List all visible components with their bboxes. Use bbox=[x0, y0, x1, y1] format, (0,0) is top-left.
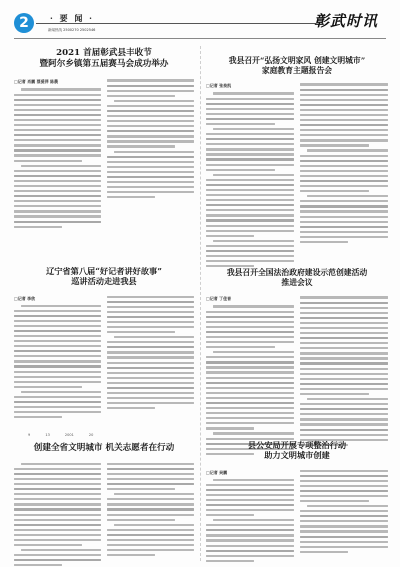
body-text-line bbox=[14, 381, 101, 383]
body-text-line bbox=[107, 176, 194, 178]
body-text-line bbox=[300, 307, 388, 309]
body-text-line bbox=[107, 356, 194, 358]
body-text-line bbox=[300, 378, 388, 380]
article-volunteers-in-action: 创建全省文明城市 机关志愿者在行动 bbox=[14, 443, 194, 567]
body-text-line bbox=[206, 524, 294, 526]
body-text-line bbox=[107, 554, 155, 556]
body-text-line bbox=[300, 515, 388, 517]
body-text-line bbox=[14, 350, 101, 352]
body-text-line bbox=[206, 560, 254, 562]
article-body: □记者 李欣 bbox=[14, 296, 194, 422]
body-text-line bbox=[300, 322, 388, 324]
body-text-line bbox=[300, 342, 388, 344]
body-text-line bbox=[206, 514, 254, 516]
body-text-line bbox=[300, 317, 388, 319]
body-text-line bbox=[14, 330, 101, 332]
body-text-line bbox=[206, 179, 294, 181]
body-text-line bbox=[206, 103, 294, 105]
body-text-line bbox=[213, 432, 294, 434]
body-text-line bbox=[14, 483, 101, 485]
body-text-line bbox=[107, 468, 194, 470]
text-column bbox=[107, 296, 194, 422]
body-text-line bbox=[300, 413, 388, 415]
article-rule-of-law-meeting: 我县召开全国法治政府建设示范创建活动 推进会议 □记者 丁佳音 bbox=[206, 268, 388, 458]
body-text-line bbox=[114, 493, 194, 495]
body-text-line bbox=[107, 387, 194, 389]
body-text-line bbox=[14, 154, 101, 156]
body-text-line bbox=[14, 325, 101, 327]
body-text-line bbox=[14, 534, 101, 536]
body-text-line bbox=[14, 401, 101, 403]
body-text-line bbox=[300, 490, 388, 492]
body-text-line bbox=[300, 134, 388, 136]
body-text-line bbox=[300, 352, 388, 354]
body-text-line bbox=[300, 129, 388, 131]
body-text-line bbox=[300, 144, 369, 146]
body-text-line bbox=[300, 114, 388, 116]
body-text-line bbox=[300, 429, 388, 431]
body-text-line bbox=[206, 489, 294, 491]
body-text-line bbox=[206, 366, 294, 368]
body-text-line bbox=[300, 347, 388, 349]
body-text-line bbox=[206, 331, 294, 333]
body-text-line bbox=[14, 376, 101, 378]
body-text-line bbox=[206, 392, 294, 394]
body-text-line bbox=[300, 94, 388, 96]
body-text-line bbox=[107, 498, 194, 500]
body-text-line bbox=[107, 79, 194, 81]
body-text-line bbox=[300, 221, 388, 223]
text-column bbox=[107, 463, 194, 567]
body-text-line bbox=[206, 529, 294, 531]
body-text-line bbox=[206, 250, 294, 252]
body-text-line bbox=[206, 123, 275, 125]
body-text-line bbox=[107, 463, 194, 465]
body-text-line bbox=[107, 306, 194, 308]
body-text-line bbox=[206, 509, 294, 511]
body-text-line bbox=[206, 316, 294, 318]
body-text-line bbox=[300, 139, 388, 141]
edition-info: 新闻热线 2500270 2502546 bbox=[48, 28, 95, 33]
body-text-line bbox=[107, 156, 194, 158]
body-text-line bbox=[107, 534, 194, 536]
body-text-line bbox=[14, 114, 101, 116]
body-text-line bbox=[213, 305, 294, 307]
body-text-line bbox=[300, 104, 388, 106]
body-text-line bbox=[14, 320, 101, 322]
body-text-line bbox=[206, 138, 294, 140]
body-text-line bbox=[107, 95, 175, 97]
body-text-line bbox=[14, 195, 101, 197]
body-text-line bbox=[14, 340, 101, 342]
body-text-line bbox=[107, 181, 194, 183]
body-text-line bbox=[107, 115, 194, 117]
article-byline: □记者 张泉凯 bbox=[206, 83, 294, 89]
body-text-line bbox=[14, 488, 101, 490]
body-text-line bbox=[300, 83, 388, 85]
body-text-line bbox=[14, 124, 101, 126]
body-text-line bbox=[206, 158, 294, 160]
body-text-line bbox=[107, 407, 155, 409]
body-text-line bbox=[107, 372, 194, 374]
body-text-line bbox=[213, 351, 294, 353]
body-text-line bbox=[300, 393, 369, 395]
body-text-line bbox=[307, 149, 388, 151]
body-text-line bbox=[14, 129, 101, 131]
body-text-line bbox=[300, 236, 388, 238]
masthead-logo: 彰武时讯 bbox=[314, 10, 378, 31]
body-text-line bbox=[300, 170, 388, 172]
body-text-line bbox=[14, 94, 101, 96]
body-text-line bbox=[206, 539, 294, 541]
body-text-line bbox=[300, 296, 388, 298]
body-text-line bbox=[14, 180, 101, 182]
body-text-line bbox=[300, 226, 388, 228]
body-text-line bbox=[300, 500, 369, 502]
body-text-line bbox=[107, 191, 194, 193]
body-text-line bbox=[206, 402, 294, 404]
body-text-line bbox=[206, 371, 294, 373]
body-text-line bbox=[300, 124, 388, 126]
body-text-line bbox=[107, 351, 194, 353]
body-text-line bbox=[300, 109, 388, 111]
body-text-line bbox=[206, 504, 294, 506]
body-text-line bbox=[14, 519, 101, 521]
body-text-line bbox=[14, 371, 101, 373]
text-column bbox=[300, 470, 388, 565]
article-headline: 辽宁省第八届“好记者讲好故事” 巡讲活动走进我县 bbox=[14, 266, 194, 287]
body-text-line bbox=[21, 391, 101, 393]
body-text-line bbox=[14, 99, 101, 101]
body-text-line bbox=[206, 209, 294, 211]
body-text-line bbox=[107, 85, 194, 87]
body-text-line bbox=[107, 301, 194, 303]
article-headline: 我县召开全国法治政府建设示范创建活动 推进会议 bbox=[206, 268, 388, 287]
body-text-line bbox=[213, 128, 294, 130]
body-text-line bbox=[14, 104, 101, 106]
body-text-line bbox=[300, 357, 388, 359]
body-text-line bbox=[14, 529, 101, 531]
body-text-line bbox=[14, 355, 101, 357]
article-headline: 我县召开“弘扬文明家风 创建文明城市” 家庭教育主题报告会 bbox=[206, 56, 388, 75]
body-text-line bbox=[206, 143, 294, 145]
headline-line: 助力文明城市创建 bbox=[206, 450, 388, 460]
body-text-line bbox=[21, 463, 101, 465]
body-text-line bbox=[14, 539, 101, 541]
body-text-line bbox=[107, 508, 194, 510]
body-text-line bbox=[114, 524, 194, 526]
body-text-line bbox=[107, 544, 194, 546]
body-text-line bbox=[14, 226, 62, 228]
headline-line: 暨阿尔乡镇第五届赛马会成功举办 bbox=[14, 59, 194, 70]
headline-line: 我县召开全国法治政府建设示范创建活动 bbox=[206, 268, 388, 278]
body-text-line bbox=[107, 514, 194, 516]
body-text-line bbox=[300, 175, 388, 177]
body-text-line bbox=[107, 166, 194, 168]
body-text-line bbox=[300, 89, 388, 91]
body-text-line bbox=[114, 100, 194, 102]
body-text-line bbox=[206, 412, 294, 414]
stray-text-fragment: 9 13 2001 20 bbox=[28, 433, 93, 437]
body-text-line bbox=[14, 139, 101, 141]
body-text-line bbox=[206, 407, 294, 409]
page-number-badge: 2 bbox=[14, 13, 34, 33]
article-byline: □记者 肖鹏 蔡爱萍 陈晨 bbox=[14, 79, 101, 85]
body-text-line bbox=[300, 332, 388, 334]
text-column bbox=[300, 83, 388, 270]
body-text-line bbox=[14, 416, 62, 418]
body-text-line bbox=[206, 108, 294, 110]
headline-line: 县公安局开展专项整治行动 bbox=[206, 440, 388, 450]
body-text-line bbox=[300, 388, 388, 390]
body-text-line bbox=[206, 356, 294, 358]
body-text-line bbox=[206, 245, 294, 247]
headline-line: 巡讲活动走进我县 bbox=[14, 276, 194, 286]
body-text-line bbox=[206, 225, 294, 227]
body-text-line bbox=[206, 194, 294, 196]
body-text-line bbox=[107, 402, 194, 404]
body-text-line bbox=[300, 373, 388, 375]
newspaper-page: 2 · 要 闻 · 新闻热线 2500270 2502546 彰武时讯 2021… bbox=[0, 0, 400, 567]
body-text-line bbox=[206, 484, 294, 486]
body-text-line bbox=[300, 510, 388, 512]
body-text-line bbox=[14, 134, 101, 136]
body-text-line bbox=[14, 473, 101, 475]
body-text-line bbox=[206, 361, 294, 363]
body-text-line bbox=[206, 184, 294, 186]
body-text-line bbox=[14, 144, 101, 146]
headline-line: 我县召开“弘扬文明家风 创建文明城市” bbox=[206, 56, 388, 66]
article-headline: 县公安局开展专项整治行动 助力文明城市创建 bbox=[206, 440, 388, 461]
body-text-line bbox=[206, 321, 294, 323]
body-text-line bbox=[14, 200, 101, 202]
text-column: □记者 肖鹏 蔡爱萍 陈晨 bbox=[14, 79, 101, 230]
body-text-line bbox=[206, 118, 294, 120]
body-text-line bbox=[206, 545, 294, 547]
body-text-line bbox=[14, 411, 101, 413]
headline-line: 创建全省文明城市 机关志愿者在行动 bbox=[14, 443, 194, 454]
body-text-line bbox=[300, 327, 388, 329]
body-text-line bbox=[300, 200, 388, 202]
body-text-line bbox=[206, 341, 294, 343]
body-text-line bbox=[14, 185, 101, 187]
body-text-line bbox=[21, 165, 101, 167]
body-text-line bbox=[307, 505, 388, 507]
body-text-line bbox=[300, 205, 388, 207]
body-text-line bbox=[107, 311, 194, 313]
body-text-line bbox=[107, 161, 194, 163]
body-text-line bbox=[206, 417, 294, 419]
body-text-line bbox=[14, 160, 82, 162]
body-text-line bbox=[300, 165, 388, 167]
body-text-line bbox=[14, 406, 101, 408]
body-text-line bbox=[114, 336, 194, 338]
body-text-line bbox=[14, 310, 101, 312]
headline-line: 家庭教育主题报告会 bbox=[206, 66, 388, 76]
article-body: □记者 丁佳音 bbox=[206, 296, 388, 457]
body-text-line bbox=[206, 98, 294, 100]
body-text-line bbox=[114, 151, 194, 153]
body-text-line bbox=[107, 549, 194, 551]
body-text-line bbox=[300, 434, 388, 436]
body-text-line bbox=[107, 478, 194, 480]
body-text-line bbox=[300, 368, 388, 370]
text-column bbox=[14, 463, 101, 567]
body-text-line bbox=[107, 392, 194, 394]
body-text-line bbox=[14, 215, 101, 217]
body-text-line bbox=[14, 221, 101, 223]
body-text-line bbox=[14, 170, 101, 172]
body-text-line bbox=[107, 503, 194, 505]
body-text-line bbox=[206, 311, 294, 313]
body-text-line bbox=[206, 235, 254, 237]
body-text-line bbox=[14, 478, 101, 480]
body-text-line bbox=[206, 153, 294, 155]
body-text-line bbox=[107, 473, 194, 475]
body-text-line bbox=[300, 185, 388, 187]
column-divider bbox=[200, 46, 201, 561]
article-body bbox=[14, 463, 194, 567]
body-text-line bbox=[206, 265, 254, 267]
body-text-line bbox=[300, 551, 348, 553]
body-text-line bbox=[107, 105, 194, 107]
body-text-line bbox=[300, 480, 388, 482]
article-police-rectification: 县公安局开展专项整治行动 助力文明城市创建 □记者 吴鹏 bbox=[206, 440, 388, 565]
body-text-line bbox=[206, 336, 294, 338]
body-text-line bbox=[107, 382, 194, 384]
body-text-line bbox=[107, 346, 194, 348]
body-text-line bbox=[107, 120, 194, 122]
page-header: 2 · 要 闻 · 新闻热线 2500270 2502546 彰武时讯 bbox=[0, 0, 400, 40]
body-text-line bbox=[14, 205, 101, 207]
body-text-line bbox=[206, 422, 294, 424]
body-text-line bbox=[206, 260, 294, 262]
body-text-line bbox=[206, 499, 294, 501]
body-text-line bbox=[206, 555, 294, 557]
body-text-line bbox=[14, 210, 101, 212]
headline-line: 2021 首届彰武县丰收节 bbox=[14, 48, 194, 59]
body-text-line bbox=[14, 119, 101, 121]
text-column bbox=[107, 79, 194, 230]
body-text-line bbox=[300, 180, 388, 182]
body-text-line bbox=[14, 564, 62, 566]
body-text-line bbox=[300, 408, 388, 410]
body-text-line bbox=[14, 544, 82, 546]
body-text-line bbox=[206, 189, 294, 191]
article-body: □记者 肖鹏 蔡爱萍 陈晨 bbox=[14, 79, 194, 230]
body-text-line bbox=[14, 514, 101, 516]
body-text-line bbox=[307, 195, 388, 197]
body-text-line bbox=[206, 427, 254, 429]
body-text-line bbox=[107, 488, 175, 490]
body-text-line bbox=[107, 529, 194, 531]
body-text-line bbox=[206, 199, 294, 201]
body-text-line bbox=[14, 559, 101, 561]
body-text-line bbox=[300, 546, 388, 548]
body-text-line bbox=[300, 418, 388, 420]
body-text-line bbox=[300, 190, 369, 192]
body-text-line bbox=[206, 214, 294, 216]
body-text-line bbox=[206, 346, 275, 348]
body-text-line bbox=[206, 397, 294, 399]
body-text-line bbox=[14, 149, 101, 151]
body-text-line bbox=[206, 230, 294, 232]
body-text-line bbox=[300, 119, 388, 121]
headline-line: 推进会议 bbox=[206, 278, 388, 288]
body-text-line bbox=[107, 362, 194, 364]
article-headline: 2021 首届彰武县丰收节 暨阿尔乡镇第五届赛马会成功举办 bbox=[14, 48, 194, 69]
body-text-line bbox=[107, 296, 194, 298]
body-text-line bbox=[213, 479, 294, 481]
body-text-line bbox=[213, 519, 294, 521]
text-column bbox=[300, 296, 388, 457]
body-text-line bbox=[300, 99, 388, 101]
body-text-line bbox=[300, 241, 348, 243]
section-title: · 要 闻 · bbox=[50, 13, 94, 24]
text-column: □记者 李欣 bbox=[14, 296, 101, 422]
body-text-line bbox=[107, 397, 194, 399]
body-text-line bbox=[14, 498, 101, 500]
body-text-line bbox=[107, 196, 155, 198]
body-text-line bbox=[206, 326, 294, 328]
body-text-line bbox=[300, 485, 388, 487]
body-text-line bbox=[206, 534, 294, 536]
body-text-line bbox=[107, 539, 194, 541]
body-text-line bbox=[206, 382, 294, 384]
body-text-line bbox=[300, 541, 388, 543]
body-text-line bbox=[206, 133, 294, 135]
headline-line: 辽宁省第八届“好记者讲好故事” bbox=[14, 266, 194, 276]
body-text-line bbox=[21, 88, 101, 90]
body-text-line bbox=[206, 204, 294, 206]
body-text-line bbox=[14, 175, 101, 177]
body-text-line bbox=[213, 92, 294, 94]
body-text-line bbox=[300, 362, 388, 364]
body-text-line bbox=[206, 164, 294, 166]
article-headline: 创建全省文明城市 机关志愿者在行动 bbox=[14, 443, 194, 454]
text-column: □记者 丁佳音 bbox=[206, 296, 294, 457]
body-text-line bbox=[14, 360, 101, 362]
body-text-line bbox=[206, 219, 294, 221]
body-text-line bbox=[206, 148, 294, 150]
body-text-line bbox=[107, 367, 194, 369]
body-text-line bbox=[14, 345, 101, 347]
body-text-line bbox=[107, 90, 194, 92]
body-text-line bbox=[14, 396, 101, 398]
body-text-line bbox=[14, 109, 101, 111]
body-text-line bbox=[14, 468, 101, 470]
body-text-line bbox=[206, 387, 294, 389]
body-text-line bbox=[14, 508, 101, 510]
body-text-line bbox=[107, 316, 194, 318]
body-text-line bbox=[300, 231, 388, 233]
body-text-line bbox=[300, 312, 388, 314]
body-text-line bbox=[300, 210, 388, 212]
article-harvest-festival: 2021 首届彰武县丰收节 暨阿尔乡镇第五届赛马会成功举办 □记者 肖鹏 蔡爱萍… bbox=[14, 48, 194, 231]
article-body: □记者 吴鹏 bbox=[206, 470, 388, 565]
body-text-line bbox=[107, 110, 194, 112]
article-good-stories-tour: 辽宁省第八届“好记者讲好故事” 巡讲活动走进我县 □记者 李欣 bbox=[14, 266, 194, 421]
text-column: □记者 吴鹏 bbox=[206, 470, 294, 565]
body-text-line bbox=[300, 383, 388, 385]
body-text-line bbox=[206, 550, 294, 552]
body-text-line bbox=[300, 155, 388, 157]
body-text-line bbox=[206, 113, 294, 115]
body-text-line bbox=[14, 386, 82, 388]
body-text-line bbox=[14, 524, 101, 526]
body-text-line bbox=[107, 326, 194, 328]
body-text-line bbox=[300, 536, 388, 538]
